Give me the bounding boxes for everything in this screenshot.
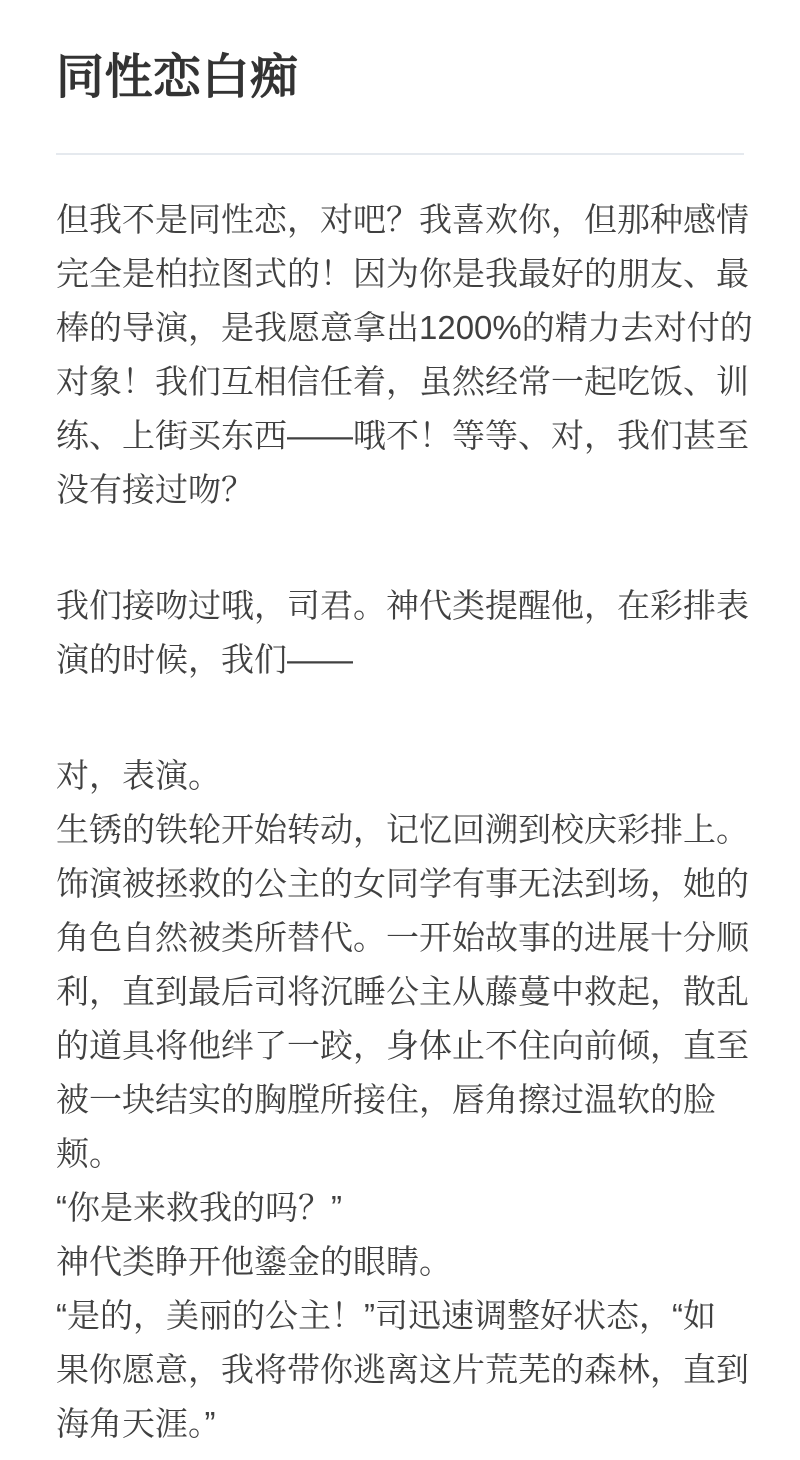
text-line: 生锈的铁轮开始转动，记忆回溯到校庆彩排上。 [56, 803, 744, 857]
text-line: 对象！我们互相信任着，虽然经常一起吃饭、训 [56, 355, 744, 409]
paragraph: 我们接吻过哦，司君。神代类提醒他，在彩排表 演的时候，我们—— [56, 579, 744, 687]
text-line: 角色自然被类所替代。一开始故事的进展十分顺 [56, 911, 744, 965]
content-divider [56, 153, 744, 155]
text-line: 海角天涯。” [56, 1397, 744, 1451]
paragraph: 但我不是同性恋，对吧？我喜欢你，但那种感情 完全是柏拉图式的！因为你是我最好的朋… [56, 193, 744, 517]
text-line: 利，直到最后司将沉睡公主从藤蔓中救起，散乱 [56, 965, 744, 1019]
text-line: 完全是柏拉图式的！因为你是我最好的朋友、最 [56, 247, 744, 301]
text-line: 果你愿意，我将带你逃离这片荒芜的森林，直到 [56, 1343, 744, 1397]
text-line: 对，表演。 [56, 749, 744, 803]
page-title: 同性恋白痴 [56, 50, 744, 105]
text-line: 但我不是同性恋，对吧？我喜欢你，但那种感情 [56, 193, 744, 247]
text-line: 神代类睁开他鎏金的眼睛。 [56, 1235, 744, 1289]
text-line: “是的，美丽的公主！”司迅速调整好状态，“如 [56, 1289, 744, 1343]
text-line: 颊。 [56, 1127, 744, 1181]
text-line: 的道具将他绊了一跤，身体止不住向前倾，直至 [56, 1019, 744, 1073]
text-line: 我们接吻过哦，司君。神代类提醒他，在彩排表 [56, 579, 744, 633]
text-line: 演的时候，我们—— [56, 633, 744, 687]
text-line: 棒的导演，是我愿意拿出1200%的精力去对付的 [56, 301, 744, 355]
text-line: 练、上街买东西——哦不！等等、对，我们甚至 [56, 409, 744, 463]
article-container: 同性恋白痴 但我不是同性恋，对吧？我喜欢你，但那种感情 完全是柏拉图式的！因为你… [0, 0, 800, 1451]
text-line: “你是来救我的吗？” [56, 1181, 744, 1235]
paragraph: 对，表演。 生锈的铁轮开始转动，记忆回溯到校庆彩排上。 饰演被拯救的公主的女同学… [56, 749, 744, 1451]
text-line: 没有接过吻？ [56, 463, 744, 517]
text-line: 饰演被拯救的公主的女同学有事无法到场，她的 [56, 857, 744, 911]
text-line: 被一块结实的胸膛所接住，唇角擦过温软的脸 [56, 1073, 744, 1127]
